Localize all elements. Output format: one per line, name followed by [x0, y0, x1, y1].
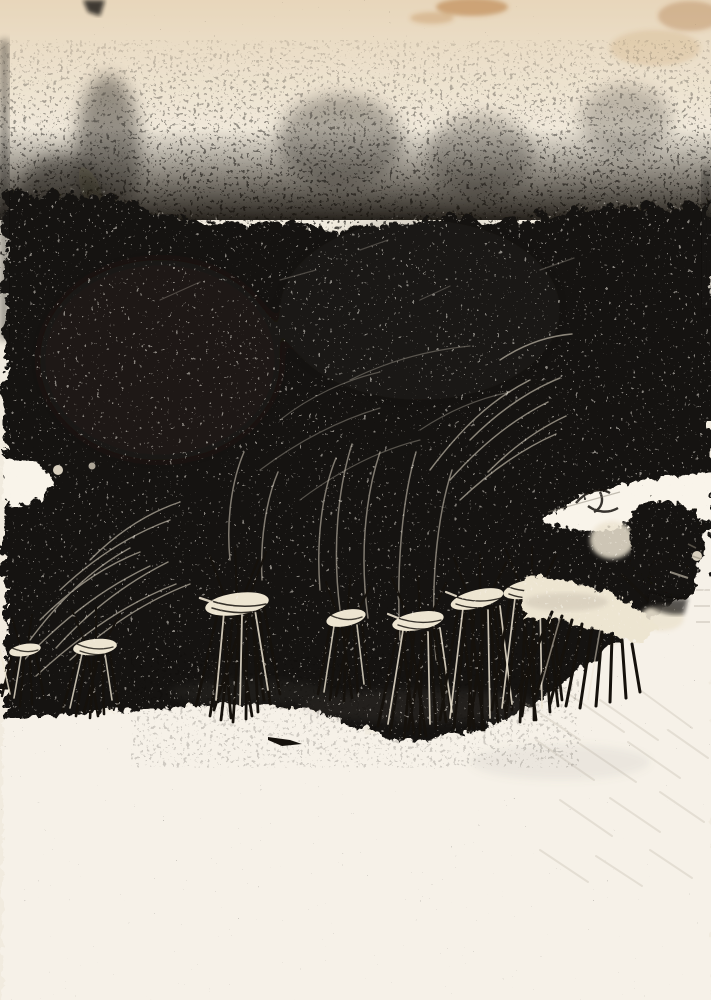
scanned-photograph: High-contrast photocopied black-and-whit… — [0, 0, 711, 1000]
warm-tint-overlay — [0, 0, 711, 1000]
photo-canvas: High-contrast photocopied black-and-whit… — [0, 0, 711, 1000]
